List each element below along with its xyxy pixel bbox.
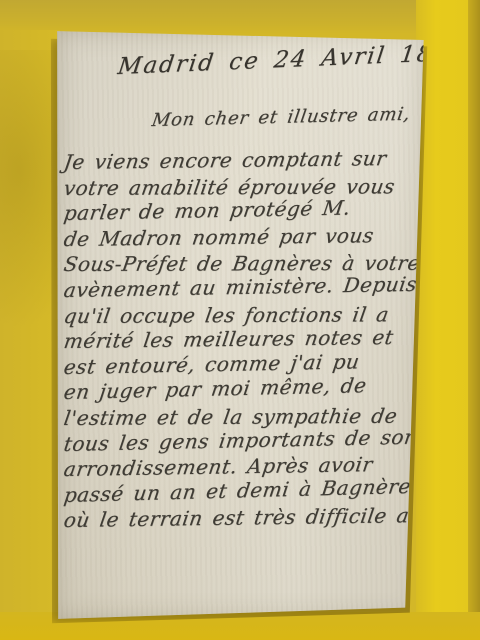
letter-line-7: qu'il occupe les fonctions il a (62, 302, 391, 328)
letter-line-3: parler de mon protégé M. (62, 196, 352, 225)
letter-line-15: où le terrain est très difficile au (62, 503, 424, 532)
letter-line-1: Je viens encore comptant sur (62, 146, 388, 174)
background-left-area (0, 30, 60, 630)
background-top-band (0, 0, 480, 34)
letter-dateline: Madrid ce 24 Avril 1899 (116, 39, 468, 80)
letter-line-6: avènement au ministère. Depuis (62, 272, 418, 302)
photo-of-letter: { "photo": { "background_color": "#d3b72… (0, 0, 480, 640)
letter-salutation: Mon cher et illustre ami, (150, 104, 412, 131)
letter-paper: Madrid ce 24 Avril 1899 Mon cher et illu… (56, 30, 424, 620)
letter-line-4: de Madron nommé par vous (62, 223, 375, 251)
background-right-edge (468, 0, 480, 640)
